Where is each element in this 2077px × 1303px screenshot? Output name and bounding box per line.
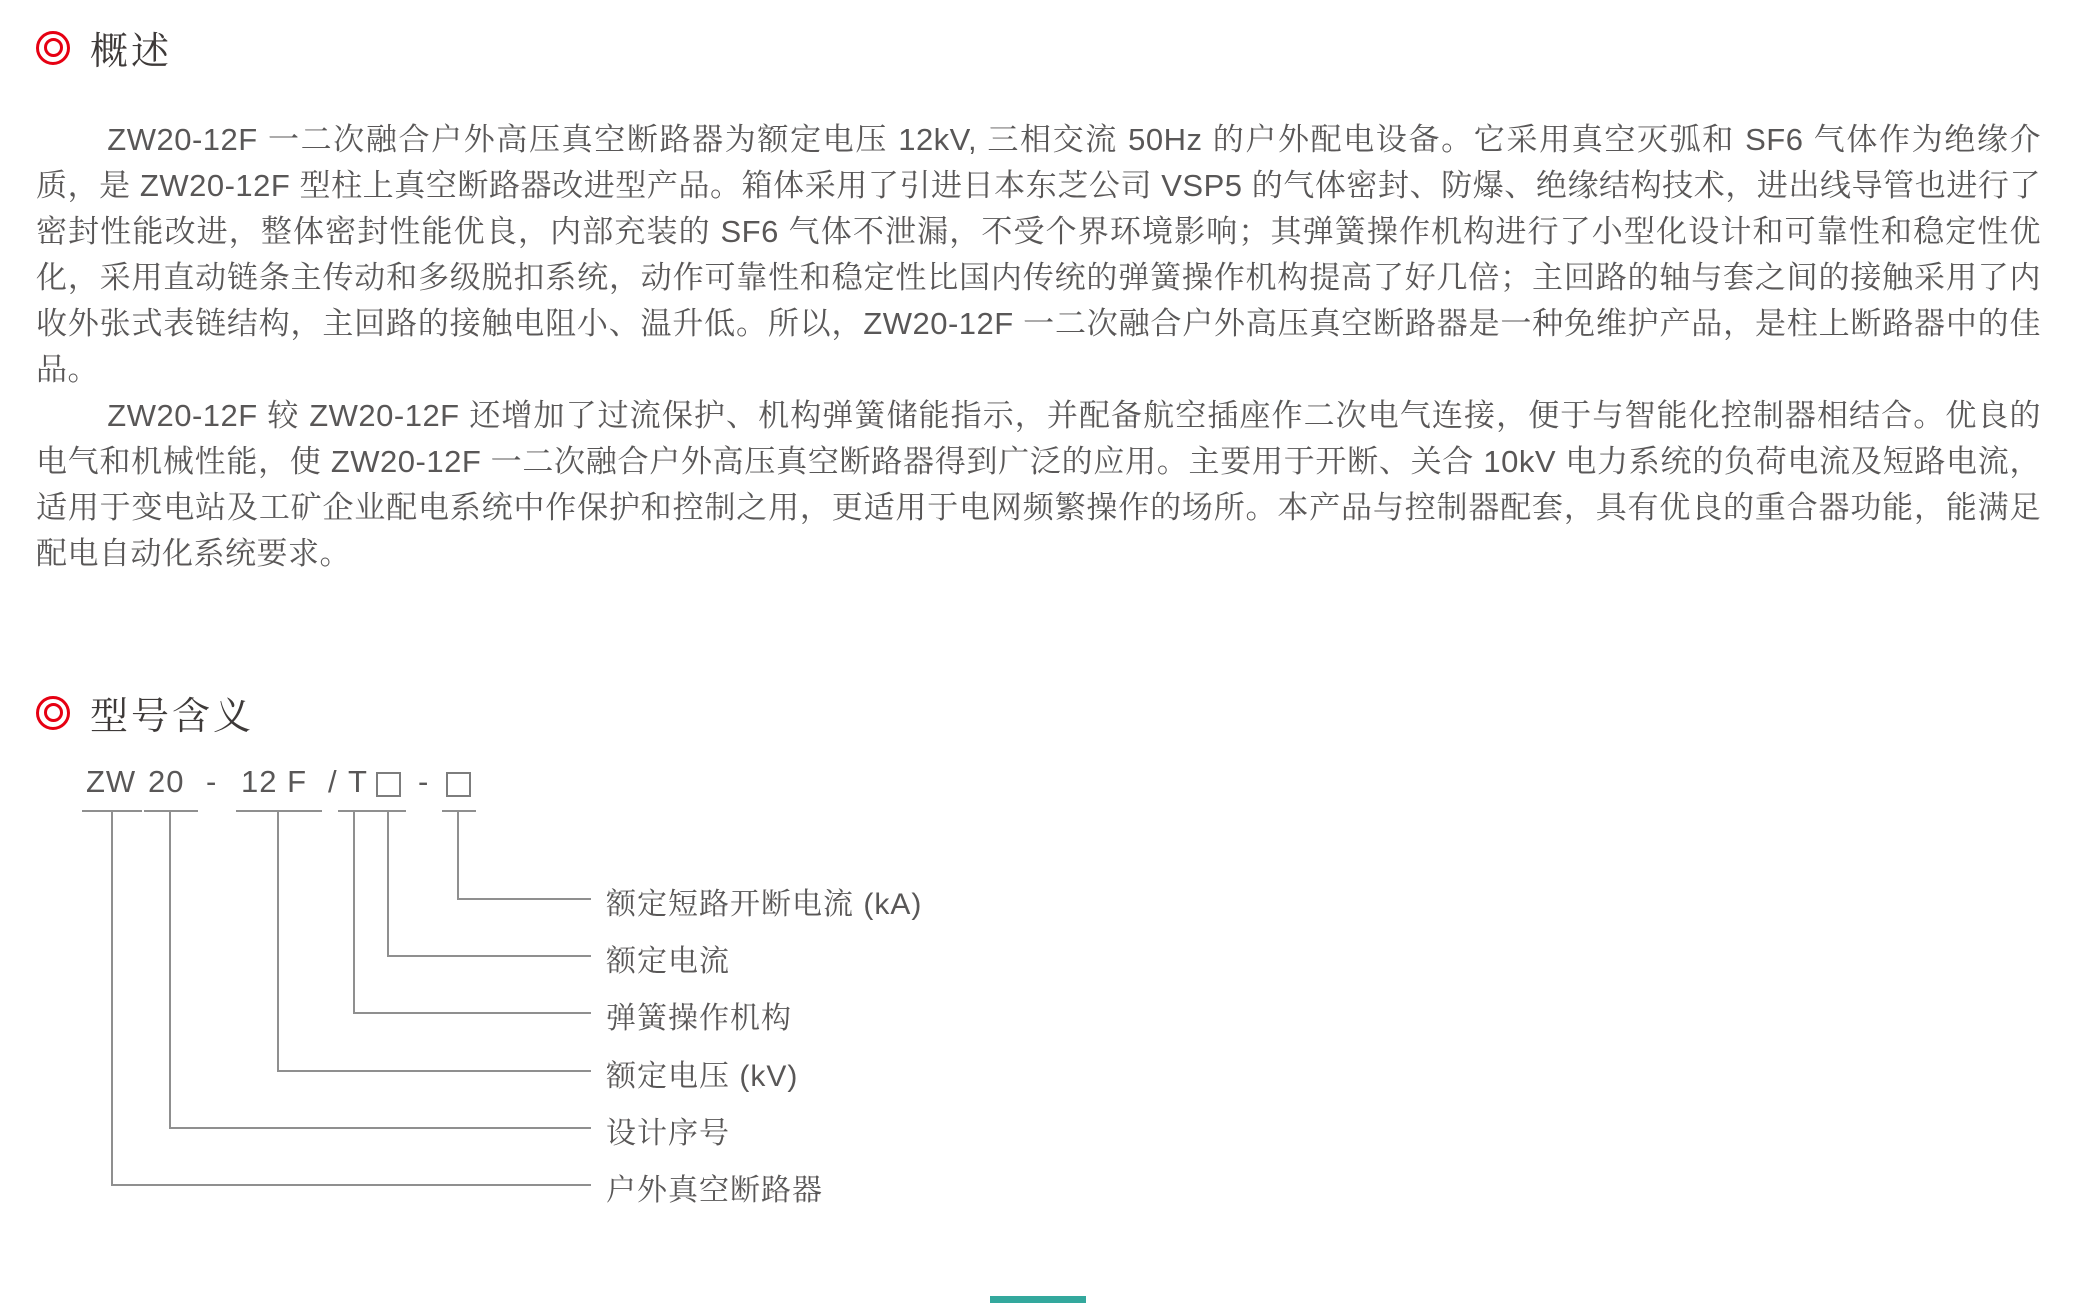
overview-paragraph-1: ZW20-12F 一二次融合户外高压真空断路器为额定电压 12kV, 三相交流 … xyxy=(36,117,2041,393)
section-bullet-icon xyxy=(36,31,70,65)
overview-title: 概述 xyxy=(90,20,172,75)
document-page: 概述 ZW20-12F 一二次融合户外高压真空断路器为额定电压 12kV, 三相… xyxy=(0,0,2077,1234)
model-code-diagram: ZW 20 - 12 F / T - 额定短路开断电流 (kA) xyxy=(36,764,2041,1234)
connector-line-6 xyxy=(111,812,591,1186)
label-rated-current: 额定电流 xyxy=(606,936,730,980)
model-token-slash: / xyxy=(328,764,338,800)
model-section-heading: 型号含义 xyxy=(36,685,2041,740)
model-token-design: 20 xyxy=(148,764,184,800)
model-token-mech: T xyxy=(348,764,368,800)
overview-paragraph-2: ZW20-12F 较 ZW20-12F 还增加了过流保护、机构弹簧储能指示，并配… xyxy=(36,393,2041,577)
model-token-zw: ZW xyxy=(86,764,136,800)
label-spring-mechanism: 弹簧操作机构 xyxy=(606,993,792,1037)
page-bottom-marker xyxy=(990,1296,1086,1303)
model-token-dash2: - xyxy=(418,764,429,800)
model-title: 型号含义 xyxy=(90,685,254,740)
model-token-voltage: 12 F xyxy=(241,764,307,800)
section-bullet-icon xyxy=(36,696,70,730)
model-meaning-section: 型号含义 ZW 20 - 12 F / T - xyxy=(36,685,2041,1234)
label-outdoor-breaker: 户外真空断路器 xyxy=(606,1165,823,1209)
label-design-serial: 设计序号 xyxy=(606,1108,730,1152)
overview-section-heading: 概述 xyxy=(36,20,2041,75)
label-rated-breaking-current: 额定短路开断电流 (kA) xyxy=(606,879,922,923)
model-token-dash: - xyxy=(206,764,217,800)
label-rated-voltage: 额定电压 (kV) xyxy=(606,1051,798,1095)
model-placeholder-box-1 xyxy=(376,772,401,797)
model-placeholder-box-2 xyxy=(446,772,471,797)
